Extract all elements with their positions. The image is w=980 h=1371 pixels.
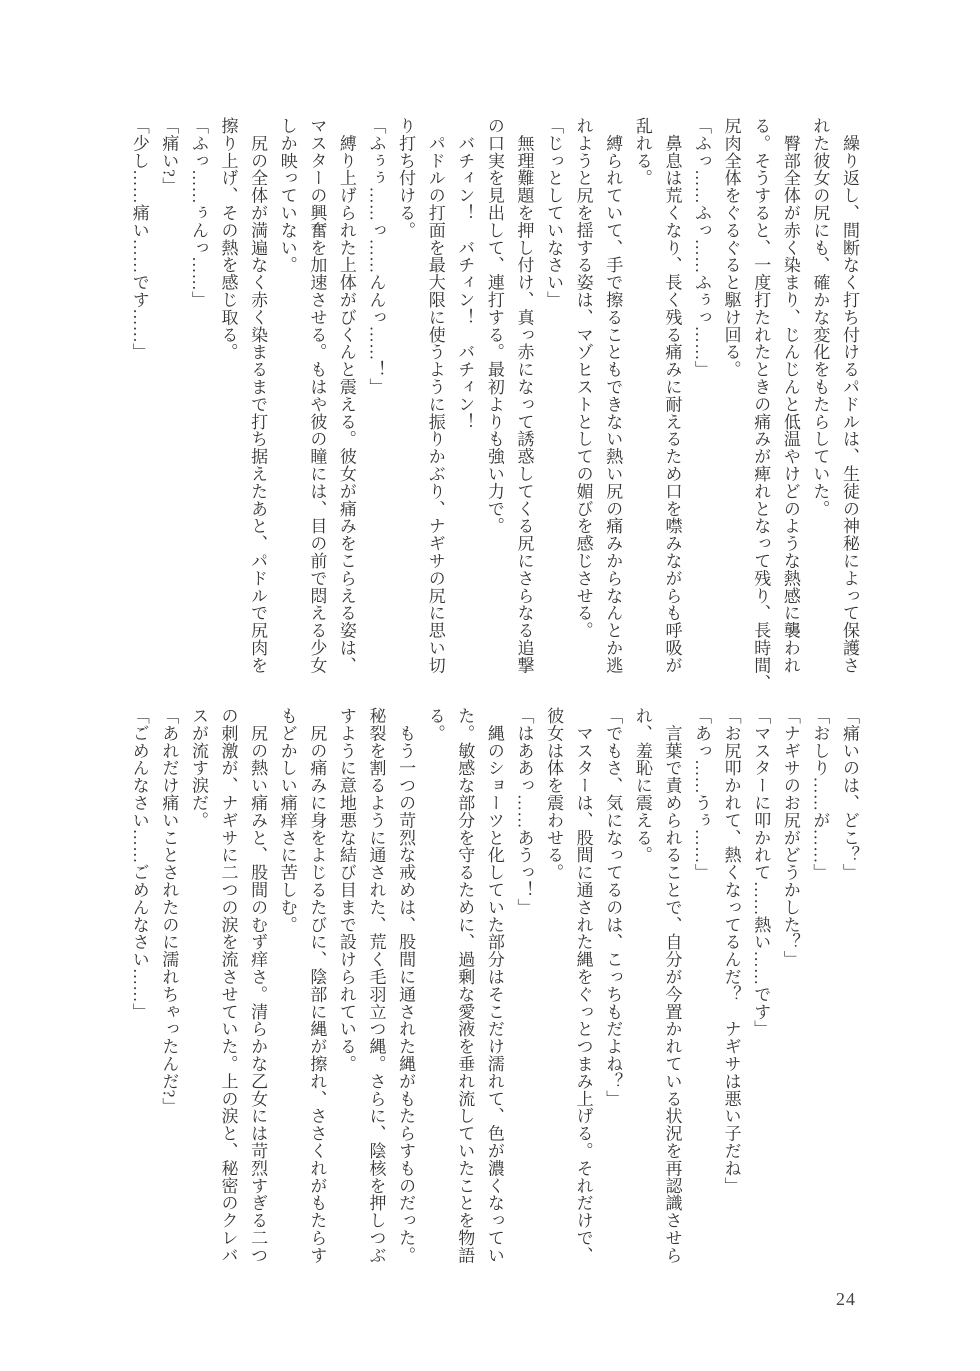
text-line: 「マスターに叩かれて……熱い……です」 (746, 707, 776, 1259)
text-line: 「でもさ、気になってるのは、こっちもだよね？」 (598, 707, 628, 1259)
text-line: 「あっ……うぅ……」 (686, 707, 716, 1259)
text-line: れ、羞恥に震える。 (627, 707, 657, 1259)
text-line: スが流す涙だ。 (183, 707, 213, 1259)
text-line: 「ふぅぅ……っ……んんっ……！」 (361, 117, 391, 669)
text-line: 彼女は体を震わせる。 (538, 707, 568, 1259)
text-line: マスターは、股間に通された縄をぐっとつまみ上げる。それだけで、 (568, 707, 598, 1259)
text-line: 「ふっ……ぅんっ……」 (183, 117, 213, 669)
text-line: 言葉で責められることで、自分が今置かれている状況を再認識させら (657, 707, 687, 1259)
text-line: 縄のショーツと化していた部分はそこだけ濡れて、色が濃くなってい (479, 707, 509, 1259)
text-line: 「あれだけ痛いことされたのに濡れちゃったんだ?」 (154, 707, 184, 1259)
text-line: 「痛いのは、どこ？」 (834, 707, 864, 1259)
text-line: れた彼女の尻にも、確かな変化をもたらしていた。 (805, 117, 835, 669)
text-line: 乱れる。 (627, 117, 657, 669)
text-line: る。 (420, 707, 450, 1259)
text-line: 「ナギサのお尻がどうかした？」 (775, 707, 805, 1259)
text-line: 「おしり……が……」 (805, 707, 835, 1259)
text-line: 「痛い?」 (154, 117, 184, 669)
text-line: る。そうすると、一度打たれたときの痛みが痺れとなって残り、長時間、 (746, 117, 776, 669)
text-line: 臀部全体が赤く染まり、じんじんと低温やけどのような熱感に襲われ (775, 117, 805, 669)
text-line: 尻の全体が満遍なく赤く染まるまで打ち据えたあと、パドルで尻肉を (243, 117, 273, 669)
text-line: もう一つの苛烈な戒めは、股間に通された縄がもたらすものだった。 (391, 707, 421, 1259)
text-line: 尻の熱い痛みと、股間のむず痒さ。清らかな乙女には苛烈すぎる二つ (243, 707, 273, 1259)
novel-page: 繰り返し、間断なく打ち付けるパドルは、生徒の神秘によって保護された彼女の尻にも、… (0, 0, 980, 1371)
text-line: た。敏感な部分を守るために、過剰な愛液を垂れ流していたことを物語 (450, 707, 480, 1259)
text-line: 縛られていて、手で擦ることもできない熱い尻の痛みからなんとか逃 (598, 117, 628, 669)
text-line: 「ふっ……ふっ……ふぅっ……」 (686, 117, 716, 669)
text-line: の口実を見出して、連打する。最初よりも強い力で。 (479, 117, 509, 669)
text-line: り打ち付ける。 (391, 117, 421, 669)
text-line: 鼻息は荒くなり、長く残る痛みに耐えるため口を噤みながらも呼吸が (657, 117, 687, 669)
text-line: 「はああっ……あうっ！」 (509, 707, 539, 1259)
text-line: 「少し……痛い……です……」 (124, 117, 154, 669)
text-line: 「ごめんなさい……ごめんなさい……」 (124, 707, 154, 1259)
text-line: パドルの打面を最大限に使うように振りかぶり、ナギサの尻に思い切 (420, 117, 450, 669)
text-line: もどかしい痛痒さに苦しむ。 (272, 707, 302, 1259)
text-band-top: 繰り返し、間断なく打ち付けるパドルは、生徒の神秘によって保護された彼女の尻にも、… (124, 117, 864, 669)
text-line: すように意地悪な結び目まで設けられている。 (331, 707, 361, 1259)
text-line: 繰り返し、間断なく打ち付けるパドルは、生徒の神秘によって保護さ (834, 117, 864, 669)
text-line: 「お尻叩かれて、熱くなってるんだ？ ナギサは悪い子だね」 (716, 707, 746, 1259)
text-line: しか映っていない。 (272, 117, 302, 669)
text-line: の刺激が、ナギサに二つの涙を流させていた。上の涙と、秘密のクレバ (213, 707, 243, 1259)
text-line: バチィン！ バチィン！ バチィン！ (450, 117, 480, 669)
text-line: 尻肉全体をぐるぐると駆け回る。 (716, 117, 746, 669)
text-line: 無理難題を押し付け、真っ赤になって誘惑してくる尻にさらなる追撃 (509, 117, 539, 669)
text-line: マスターの興奮を加速させる。もはや彼の瞳には、目の前で悶える少女 (302, 117, 332, 669)
text-line: 秘裂を割るように通された、荒く毛羽立つ縄。さらに、陰核を押しつぶ (361, 707, 391, 1259)
text-line: 「じっとしていなさい」 (538, 117, 568, 669)
text-line: 尻の痛みに身をよじるたびに、陰部に縄が擦れ、ささくれがもたらす (302, 707, 332, 1259)
text-line: 縛り上げられた上体がびくんと震える。彼女が痛みをこらえる姿は、 (331, 117, 361, 669)
text-line: れようと尻を揺する姿は、マゾヒストとしての媚びを感じさせる。 (568, 117, 598, 669)
text-band-bottom: 「痛いのは、どこ？」「おしり……が……」「ナギサのお尻がどうかした？」「マスター… (124, 707, 864, 1259)
page-number: 24 (836, 1289, 856, 1310)
text-line: 擦り上げ、その熱を感じ取る。 (213, 117, 243, 669)
